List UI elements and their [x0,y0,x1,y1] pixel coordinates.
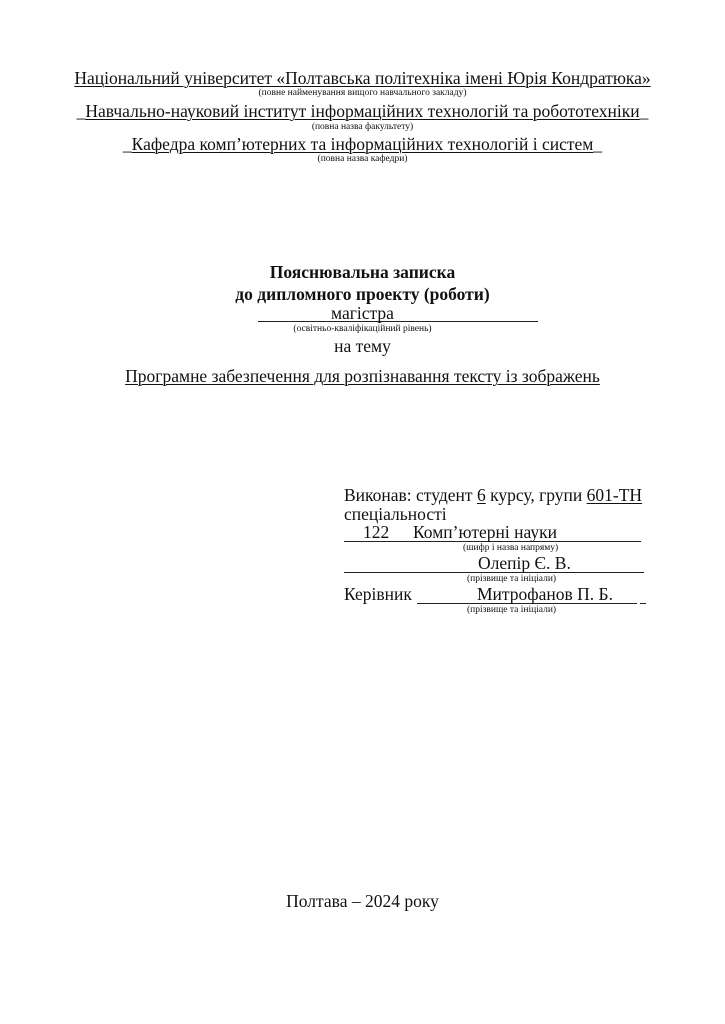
city-year: Полтава – 2024 року [0,891,725,911]
university-name-text: Національний університет «Полтавська пол… [74,68,650,88]
topic-text: Програмне забезпечення для розпізнавання… [125,366,600,386]
supervisor-label: Керівник [344,584,412,604]
supervisor-caption: (прізвище та ініціали) [467,605,556,616]
degree-level: магістра [0,303,725,323]
topic-label: на тему [0,336,725,356]
faculty-caption: (повна назва факультету) [0,122,725,133]
specialty-label: спеціальності [344,504,447,524]
supervisor-underline-tail [640,603,646,604]
document-subtitle: до дипломного проекту (роботи) [0,284,725,304]
degree-caption: (освітньо-кваліфікаційний рівень) [0,324,725,335]
faculty-name: _Навчально-науковий інститут інформаційн… [0,101,725,121]
topic: Програмне забезпечення для розпізнавання… [0,366,725,386]
department-name-text: Кафедра комп’ютерних та інформаційних те… [132,134,594,154]
group-number: 601-ТН [587,485,642,505]
department-name: _Кафедра комп’ютерних та інформаційних т… [0,134,725,154]
department-caption: (повна назва кафедри) [0,154,725,165]
course-number: 6 [477,485,486,505]
performed-by-line: Виконав: студент 6 курсу, групи 601-ТН [344,485,642,505]
university-name: Національний університет «Полтавська пол… [0,68,725,88]
performed-prefix: Виконав: студент [344,485,477,505]
document-title: Пояснювальна записка [0,262,725,282]
student-name: Олепір Є. В. [478,553,571,573]
course-suffix: курсу, групи [486,485,587,505]
specialty-name: Комп’ютерні науки [413,522,557,542]
faculty-name-text: Навчально-науковий інститут інформаційни… [85,101,639,121]
specialty-code: 122 [363,522,389,542]
university-caption: (повне найменування вищого навчального з… [0,88,725,99]
supervisor-name: Митрофанов П. Б. [477,584,613,604]
